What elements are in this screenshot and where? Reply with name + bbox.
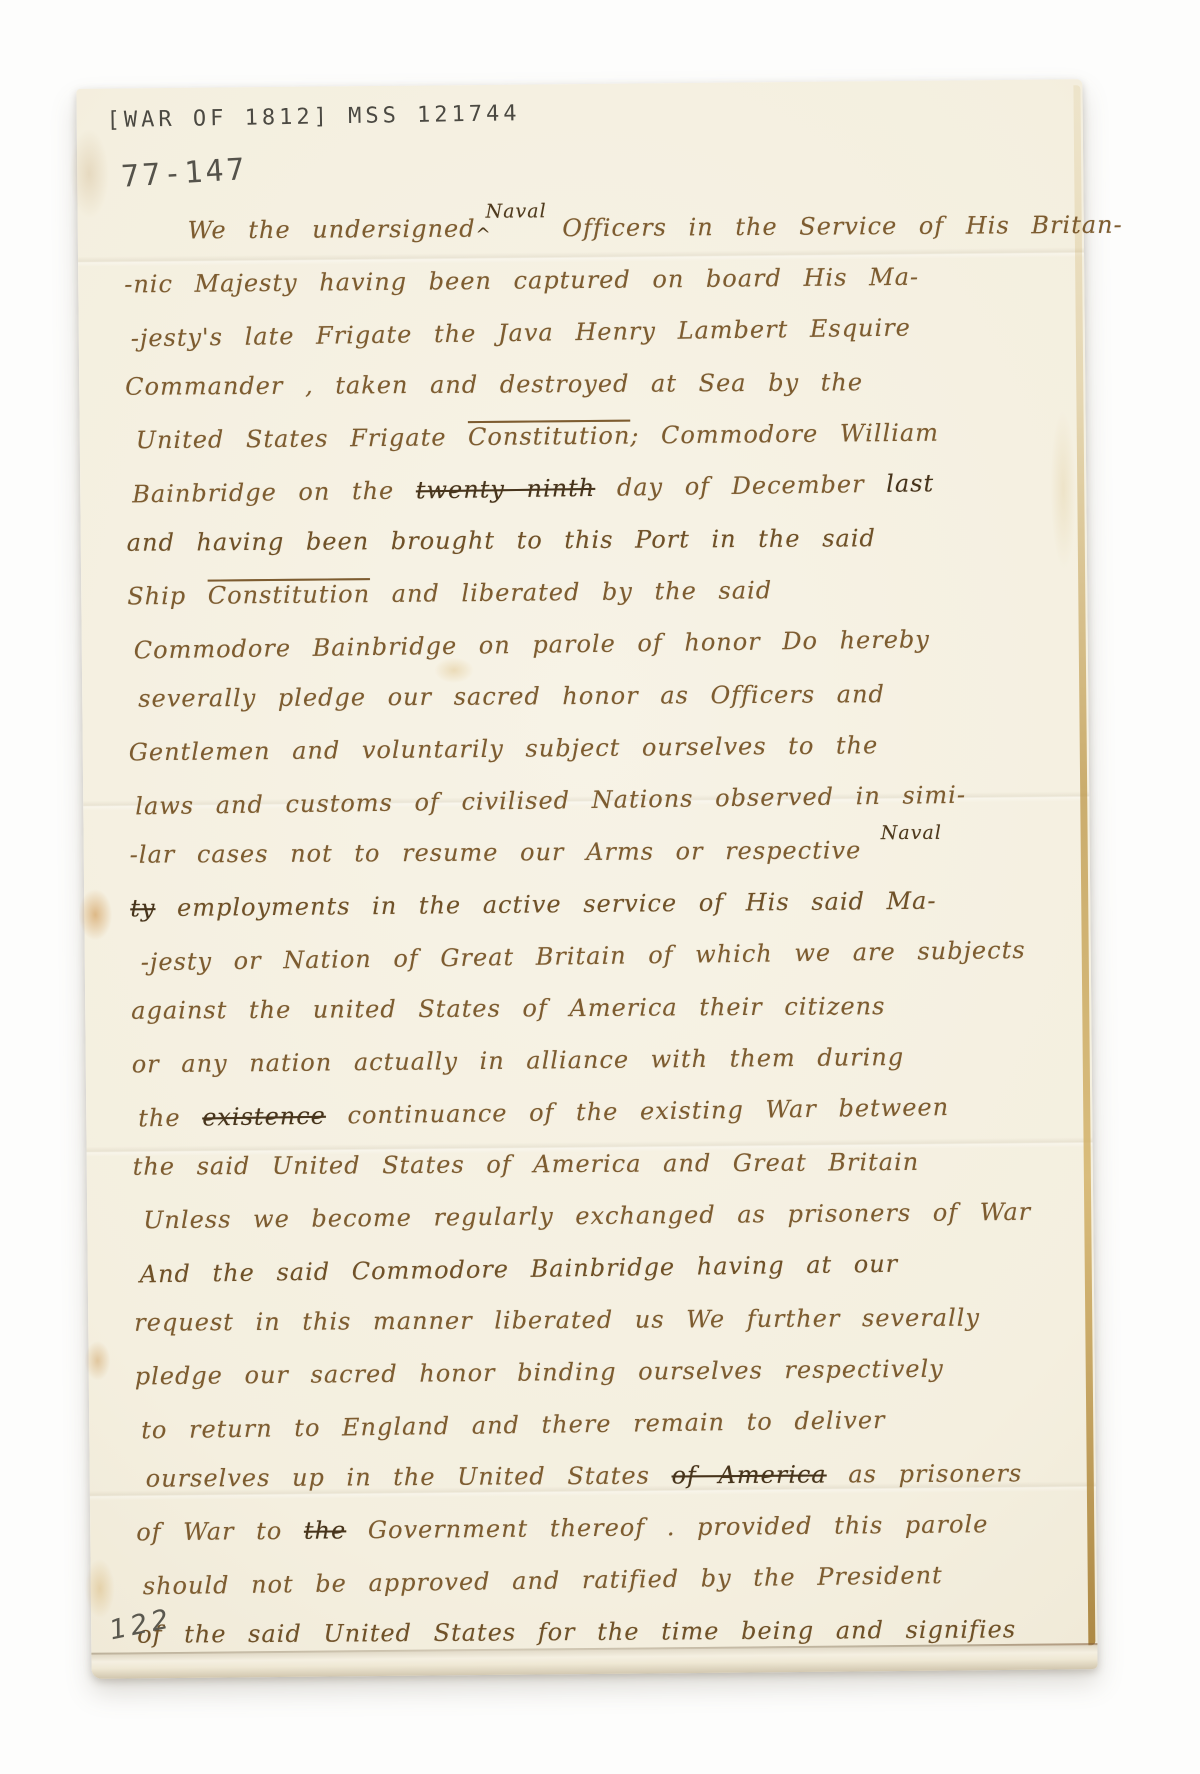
manuscript-segment: Officers in the Service of His Britan- [541,211,1123,243]
manuscript-line: the existence continuance of the existin… [132,1079,1069,1144]
manuscript-segment: pledge our sacred honor binding ourselve… [135,1355,944,1391]
manuscript-segment: -jesty or Nation of Great Britain of whi… [141,936,1026,976]
foxing-stain [69,129,110,219]
manuscript-segment: ourselves up in the United States [146,1461,672,1492]
manuscript-segment: against the united States of America the… [131,992,885,1025]
manuscript-segment: as prisoners [827,1459,1023,1488]
manuscript-segment-strike: twenty ninth [416,474,596,505]
foxing-stain [78,889,112,941]
manuscript-segment-strike: of America [671,1461,826,1490]
manuscript-segment: Ship [127,582,208,611]
manuscript-lines: We the undersigned^Naval Officers in the… [124,197,1074,1662]
manuscript-segment-over: Constitution [468,422,630,452]
manuscript-line: We the undersigned^Naval Officers in the… [124,199,1060,257]
manuscript-segment: and liberated by the said [370,576,772,608]
catalog-annotation: [WAR OF 1812] MSS 121744 [106,101,520,133]
manuscript-segment-strike: ty [130,894,155,922]
manuscript-line: request in this manner liberated us We f… [134,1291,1070,1349]
foxing-stain [85,1559,116,1619]
accession-annotation: 77-147 [120,152,248,195]
manuscript-segment: -lar cases not to resume our Arms or res… [130,836,883,869]
manuscript-segment: should not be approved and ratified by t… [143,1561,943,1600]
manuscript-segment: And the said Commodore Bainbridge having… [140,1250,899,1289]
manuscript-line: -jesty's late Frigate the Java Henry Lam… [124,299,1061,364]
manuscript-segment: -jesty's late Frigate the Java Henry Lam… [131,313,911,352]
manuscript-segment: laws and customs of civilised Nations ob… [135,781,966,821]
manuscript-line: severally pledge our sacred honor as Off… [128,667,1064,725]
manuscript-segment-ins: Naval [881,807,942,859]
manuscript-segment: request in this manner liberated us We f… [134,1304,980,1337]
manuscript-segment-dark: last [886,469,934,498]
manuscript-line: Commodore Bainbridge on parole of honor … [127,611,1064,676]
manuscript-segment: and having been brought to this Port in … [127,524,876,557]
manuscript-segment: severally pledge our sacred honor as Off… [138,680,885,713]
document-page: [WAR OF 1812] MSS 121744 77-147 We the u… [76,79,1097,1679]
manuscript-line: Bainbridge on the twenty ninth day of De… [126,455,1063,520]
manuscript-segment: day of December [595,470,886,502]
manuscript-line: against the united States of America the… [131,979,1067,1037]
manuscript-line: And the said Commodore Bainbridge having… [133,1235,1070,1300]
manuscript-line: the said United States of America and Gr… [133,1135,1069,1193]
manuscript-segment: or any nation actually in alliance with … [132,1043,905,1078]
manuscript-segment: -nic Majesty having been captured on boa… [124,263,919,299]
manuscript-line: -jesty or Nation of Great Britain of whi… [130,923,1067,988]
manuscript-segment: We the undersigned [188,215,476,245]
manuscript-segment: of War to [136,1517,304,1547]
manuscript-segment-strike: the [304,1516,347,1544]
manuscript-segment: continuance of the existing War between [326,1093,950,1130]
foxing-stain [84,1341,110,1381]
gilt-page-edge [1073,85,1095,1645]
manuscript-segment-strike: existence [202,1102,326,1132]
manuscript-segment: to return to England and there remain to… [141,1406,886,1444]
manuscript-line: and having been brought to this Port in … [127,511,1063,569]
manuscript-segment: the said United States of America and Gr… [133,1148,920,1181]
manuscript-segment: United States Frigate [136,423,469,454]
manuscript-segment: Gentlemen and voluntarily subject oursel… [129,731,879,766]
manuscript-segment: the [138,1103,202,1132]
manuscript-line: -lar cases not to resume our Arms or res… [130,823,1066,881]
manuscript-segment: Government thereof . provided this parol… [346,1510,988,1544]
manuscript-segment: of the said United States for the time b… [137,1615,1016,1648]
manuscript-segment: Commander , taken and destroyed at Sea b… [125,368,863,401]
manuscript-segment-ins: Naval [485,185,546,237]
manuscript-line: ourselves up in the United States of Ame… [136,1447,1072,1505]
manuscript-segment: Unless we become regularly exchanged as … [143,1198,1031,1235]
manuscript-segment: Bainbridge on the [132,476,416,508]
manuscript-segment-over: Constitution [208,580,370,610]
manuscript-segment: employments in the active service of His… [155,887,936,922]
manuscript-segment: Commodore Bainbridge on parole of honor … [134,625,930,664]
manuscript-line: to return to England and there remain to… [135,1391,1072,1456]
manuscript-line: should not be approved and ratified by t… [136,1547,1073,1612]
manuscript-segment: ; Commodore William [630,419,939,450]
manuscript-line: Commander , taken and destroyed at Sea b… [125,355,1061,413]
